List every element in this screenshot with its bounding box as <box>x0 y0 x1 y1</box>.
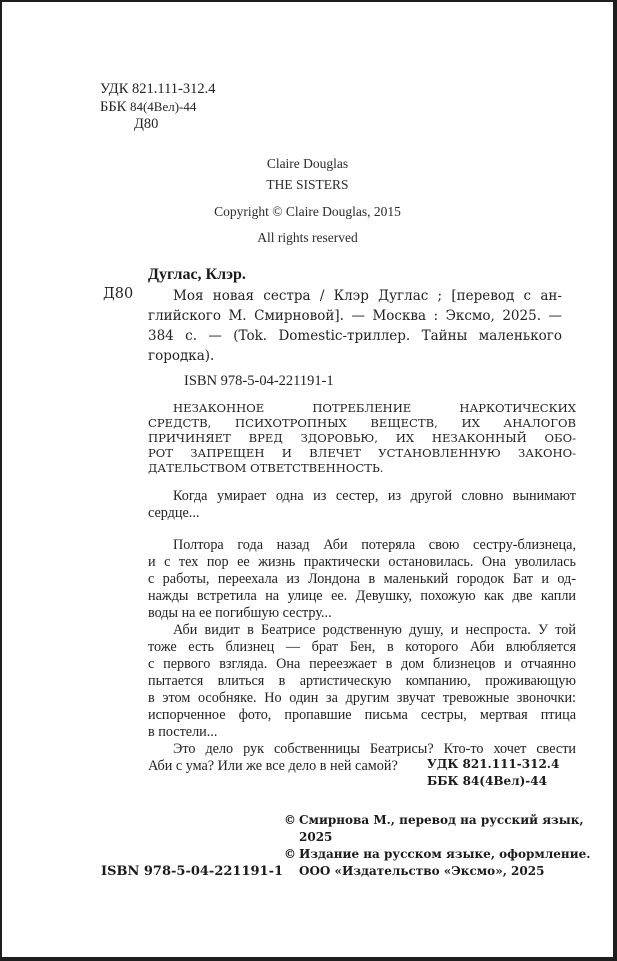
udk-code-top: УДК 821.111-312.4 <box>100 80 216 98</box>
warning-line: ДАТЕЛЬСТВОМ ОТВЕТСТВЕННОСТЬ. <box>148 461 576 476</box>
annotation-line: Полтора года назад Аби потеряла свою сес… <box>148 537 576 554</box>
bbk-value: 84(4Вел)-44 <box>130 99 196 114</box>
bibliographic-description: Моя новая сестра / Клэр Дуглас ; [перево… <box>148 286 562 366</box>
bbk-code-bottom: ББК 84(4Вел)-44 <box>427 773 547 790</box>
legal-warning: НЕЗАКОННОЕ ПОТРЕБЛЕНИЕ НАРКОТИЧЕСКИХ СРЕ… <box>148 401 576 476</box>
copyright-line: 2025 <box>299 829 584 846</box>
copyright-symbol: © <box>284 846 299 863</box>
rights-reserved: All rights reserved <box>2 230 613 246</box>
bbk-code-top: ББК 84(4Вел)-44 <box>100 98 196 116</box>
annotation-line: в постели... <box>148 724 576 741</box>
annotation-line: с работы, переехала из Лондона в маленьк… <box>148 571 576 588</box>
copyright-line: Смирнова М., перевод на русский язык, <box>299 812 584 829</box>
annotation-line: тоже есть близнец — брат Бен, в которого… <box>148 639 576 656</box>
warning-line: СРЕДСТВ, ПСИХОТРОПНЫХ ВЕЩЕСТВ, ИХ АНАЛОГ… <box>148 416 576 431</box>
annotation-line: испорченное фото, пропавшие письма сестр… <box>148 707 576 724</box>
annotation-line: Аби видит в Беатрисе родственную душу, и… <box>148 622 576 639</box>
biblio-line: городка). <box>148 346 562 366</box>
imprint-page: УДК 821.111-312.4 ББК 84(4Вел)-44 Д80 Cl… <box>2 2 613 957</box>
copyright-edition: ©Издание на русском языке, оформление.ОО… <box>284 846 590 880</box>
warning-line: ПРИЧИНЯЕТ ВРЕД ЗДОРОВЬЮ, ИХ НЕЗАКОННЫЙ О… <box>148 431 576 446</box>
author-mark-top: Д80 <box>134 115 158 133</box>
biblio-line: 384 с. — (Tok. Domestic-триллер. Тайны м… <box>148 326 562 346</box>
biblio-line: глийского М. Смирновой]. — Москва : Эксм… <box>148 306 562 326</box>
annotation-line: пытается влиться в артистическую компани… <box>148 673 576 690</box>
copyright-line: ООО «Издательство «Эксмо», 2025 <box>299 863 590 880</box>
warning-line: НЕЗАКОННОЕ ПОТРЕБЛЕНИЕ НАРКОТИЧЕСКИХ <box>148 401 576 416</box>
original-copyright: Copyright © Claire Douglas, 2015 <box>2 204 613 220</box>
annotation-line: с первого взгляда. Она переезжает в дом … <box>148 656 576 673</box>
isbn-bottom: ISBN 978-5-04-221191-1 <box>101 863 283 880</box>
udk-code-bottom: УДК 821.111-312.4 <box>427 756 559 773</box>
annotation-line: сердце... <box>148 505 576 522</box>
author-heading: Дуглас, Клэр. <box>148 266 246 284</box>
annotation-line: нажды встретила на улице ее. Девушку, по… <box>148 588 576 605</box>
annotation-line: в этом особняке. Но один за другим звуча… <box>148 690 576 707</box>
biblio-line: Моя новая сестра / Клэр Дуглас ; [перево… <box>148 286 562 306</box>
annotation-line: Когда умирает одна из сестер, из другой … <box>148 488 576 505</box>
copyright-symbol: © <box>284 812 299 829</box>
isbn-top: ISBN 978-5-04-221191-1 <box>184 373 334 390</box>
bbk-label: ББК <box>100 99 126 115</box>
copyright-translation: ©Смирнова М., перевод на русский язык,20… <box>284 812 590 846</box>
annotation-line: и с тех пор ее жизнь практически останов… <box>148 554 576 571</box>
original-title: THE SISTERS <box>2 177 613 193</box>
annotation-paragraph-1: Полтора года назад Аби потеряла свою сес… <box>148 537 576 775</box>
copyright-block: ©Смирнова М., перевод на русский язык,20… <box>284 812 590 880</box>
author-mark: Д80 <box>103 286 133 302</box>
copyright-line: Издание на русском языке, оформление. <box>299 846 590 863</box>
warning-line: РОТ ЗАПРЕЩЕН И ВЛЕЧЕТ УСТАНОВЛЕННУЮ ЗАКО… <box>148 446 576 461</box>
annotation-tagline: Когда умирает одна из сестер, из другой … <box>148 488 576 522</box>
original-author: Claire Douglas <box>2 156 613 172</box>
annotation-line: воды на ее погибшую сестру... <box>148 605 576 622</box>
